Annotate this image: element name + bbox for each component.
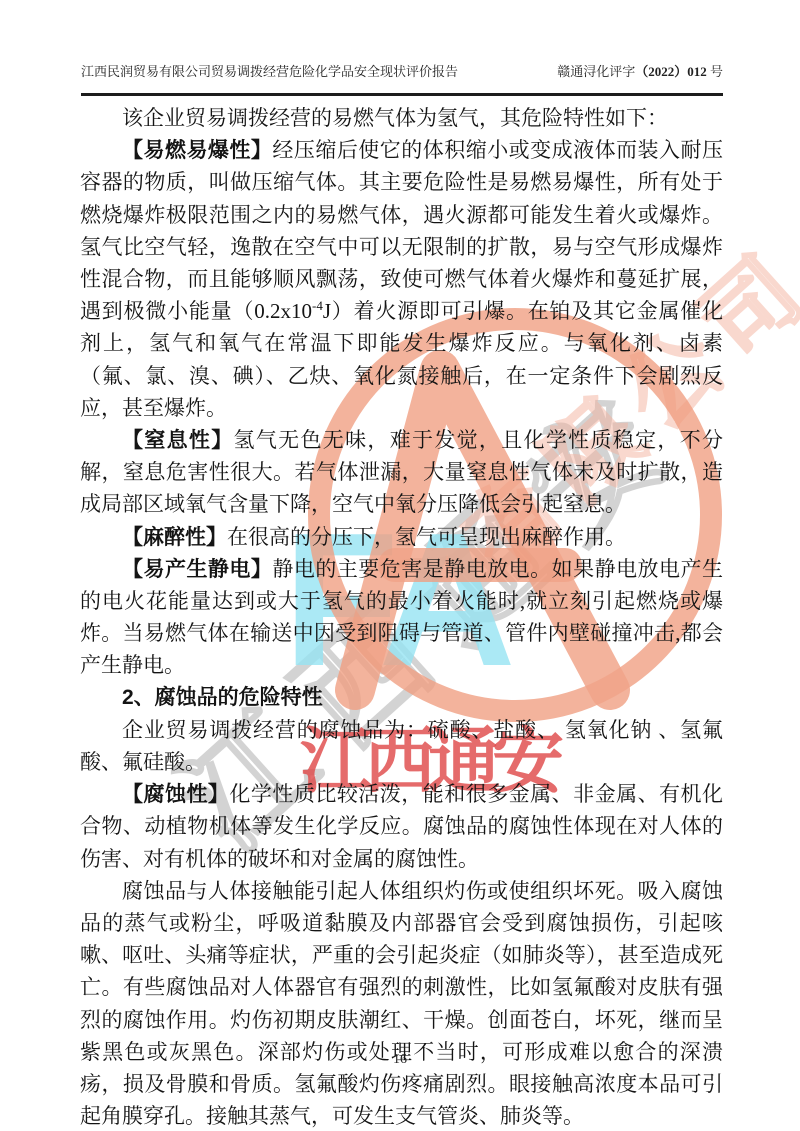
doc-number-suffix: 号 <box>707 64 723 79</box>
page-number: 16 <box>0 1052 800 1068</box>
header-doc-number: 赣通浔化评字（2022）012 号 <box>557 61 723 80</box>
paragraph-text: 腐蚀品与人体接触能引起人体组织灼伤或使组织坏死。吸入腐蚀品的蒸气或粉尘，呼吸道黏… <box>80 879 723 1128</box>
paragraph-lead: 【麻醉性】 <box>122 525 227 549</box>
header-rule <box>81 93 723 96</box>
para-flammable-explosive: 【易燃易爆性】经压缩后使它的体积缩小或变成液体而装入耐压容器的物质，叫做压缩气体… <box>80 134 723 424</box>
doc-number-prefix: 赣通浔化评字 <box>557 64 635 79</box>
header-report-title: 江西民润贸易有限公司贸易调拨经营危险化学品安全现状评价报告 <box>81 61 458 80</box>
doc-number-value: （2022）012 <box>635 64 707 79</box>
para-corrosivity: 【腐蚀性】化学性质比较活泼，能和很多金属、非金属、有机化合物、动植物机体等发生化… <box>80 778 723 875</box>
paragraph-lead: 【易燃易爆性】 <box>122 138 272 162</box>
para-asphyxia: 【窒息性】氢气无色无味，难于发觉，且化学性质稳定，不分解，窒息危害性很大。若气体… <box>80 424 723 521</box>
para-intro: 该企业贸易调拨经营的易燃气体为氢气，其危险特性如下： <box>80 102 723 134</box>
paragraph-lead: 【易产生静电】 <box>122 557 272 581</box>
para-human-harm: 腐蚀品与人体接触能引起人体组织灼伤或使组织坏死。吸入腐蚀品的蒸气或粉尘，呼吸道黏… <box>80 875 723 1131</box>
para-anesthetic: 【麻醉性】在很高的分压下，氢气可呈现出麻醉作用。 <box>80 521 723 553</box>
document-body: 该企业贸易调拨经营的易燃气体为氢气，其危险特性如下：【易燃易爆性】经压缩后使它的… <box>80 102 723 1131</box>
para-static-electricity: 【易产生静电】静电的主要危害是静电放电。如果静电放电产生的电火花能量达到或大于氢… <box>80 553 723 682</box>
report-page: 江西通安 有限公司 FA 江西通安 江西民润贸易有限公司贸易调拨经营危险化学品安… <box>0 0 800 1131</box>
paragraph-text: 在很高的分压下，氢气可呈现出麻醉作用。 <box>227 525 626 549</box>
paragraph-lead: 【腐蚀性】 <box>122 782 229 806</box>
superscript: -4 <box>312 298 323 313</box>
paragraph-text: 经压缩后使它的体积缩小或变成液体而装入耐压容器的物质，叫做压缩气体。其主要危险性… <box>80 138 723 323</box>
paragraph-text: 该企业贸易调拨经营的易燃气体为氢气，其危险特性如下： <box>122 106 668 130</box>
heading-corrosives: 2、腐蚀品的危险特性 <box>80 682 723 714</box>
paragraph-lead: 【窒息性】 <box>122 428 234 452</box>
para-corrosives-list: 企业贸易调拨经营的腐蚀品为：硫酸、盐酸、 氢氧化钠 、氢氟酸、氟硅酸。 <box>80 714 723 778</box>
paragraph-text: 企业贸易调拨经营的腐蚀品为：硫酸、盐酸、 氢氧化钠 、氢氟酸、氟硅酸。 <box>80 718 723 774</box>
page-header: 江西民润贸易有限公司贸易调拨经营危险化学品安全现状评价报告 赣通浔化评字（202… <box>81 61 723 80</box>
paragraph-text: 2、腐蚀品的危险特性 <box>122 686 323 709</box>
